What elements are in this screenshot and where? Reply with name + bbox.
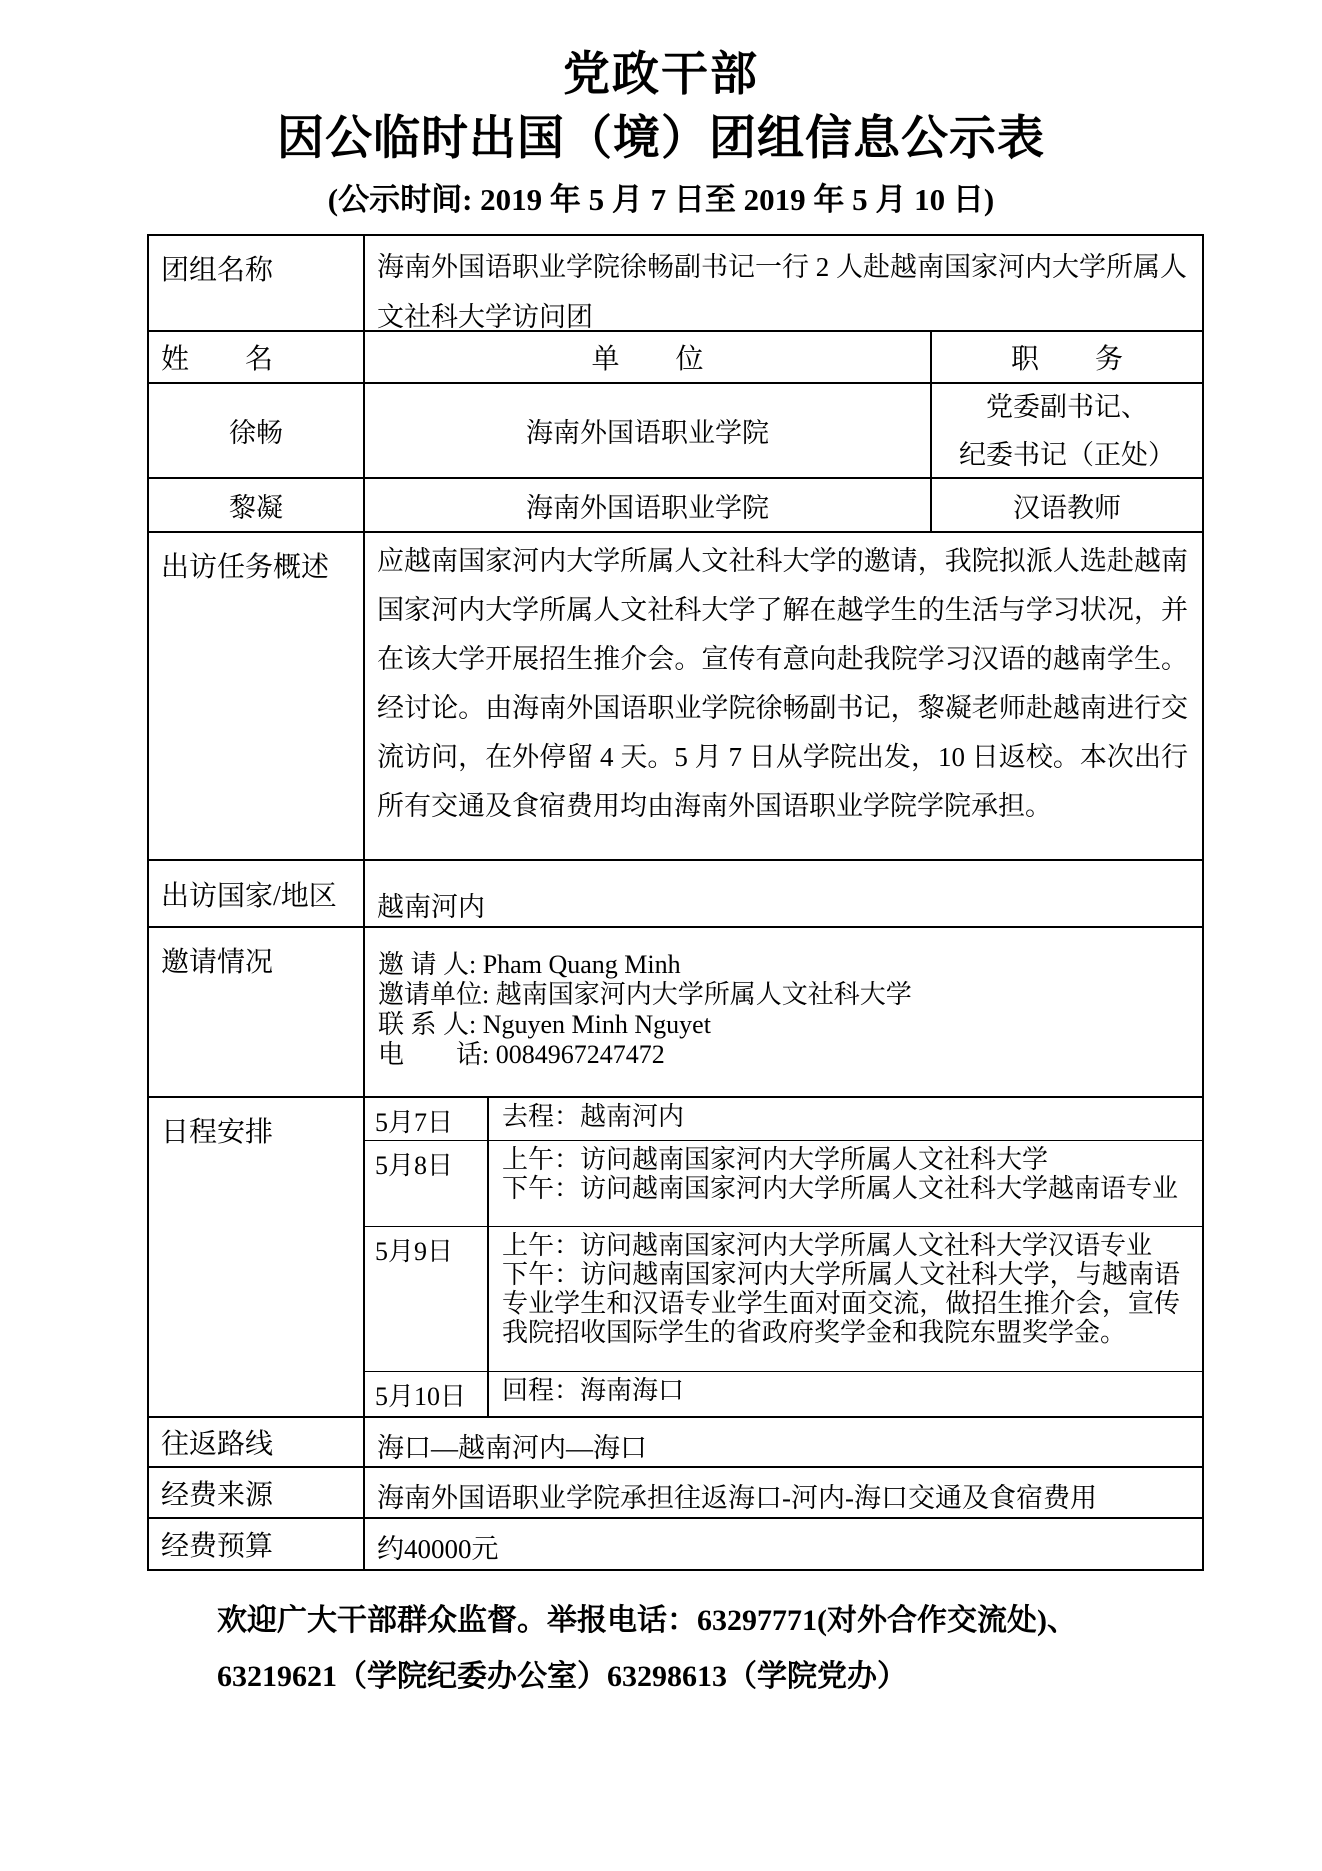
itinerary-day-3: 5月9日 上午：访问越南国家河内大学所属人文社科大学汉语专业 下午：访问越南国家… (365, 1226, 1202, 1371)
invitation-inviter: 邀 请 人: Pham Quang Minh (378, 950, 1202, 980)
itinerary-day-1: 5月7日 去程：越南河内 (365, 1098, 1202, 1140)
member-1-name: 徐畅 (149, 384, 365, 477)
row-budget: 经费预算 约40000元 (149, 1517, 1202, 1569)
budget-label: 经费预算 (149, 1519, 365, 1569)
row-route: 往返路线 海口—越南河内—海口 (149, 1416, 1202, 1466)
itinerary-day-2-date: 5月8日 (365, 1141, 489, 1226)
supervision-notice: 欢迎广大干部群众监督。举报电话：63297771(对外合作交流处)、 63219… (217, 1593, 1157, 1705)
invitation-details: 邀 请 人: Pham Quang Minh 邀请单位: 越南国家河内大学所属人… (365, 928, 1202, 1096)
budget-value: 约40000元 (365, 1519, 1202, 1569)
publicity-period: (公示时间: 2019 年 5 月 7 日至 2019 年 5 月 10 日) (0, 182, 1322, 218)
invitation-phone: 电 话: 0084967247472 (378, 1040, 1202, 1070)
members-header-position: 职 务 (930, 332, 1202, 382)
supervision-notice-line2: 63219621（学院纪委办公室）63298613（学院党办） (217, 1649, 1157, 1705)
row-itinerary: 日程安排 5月7日 去程：越南河内 5月8日 上午：访问越南国家河内大学所属人文… (149, 1096, 1202, 1416)
row-members-header: 姓 名 单 位 职 务 (149, 330, 1202, 382)
itinerary-day-2: 5月8日 上午：访问越南国家河内大学所属人文社科大学 下午：访问越南国家河内大学… (365, 1140, 1202, 1226)
supervision-notice-line1: 欢迎广大干部群众监督。举报电话：63297771(对外合作交流处)、 (217, 1593, 1157, 1649)
row-group-name: 团组名称 海南外国语职业学院徐畅副书记一行 2 人赴越南国家河内大学所属人文社科… (149, 236, 1202, 330)
invitation-unit: 邀请单位: 越南国家河内大学所属人文社科大学 (378, 980, 1202, 1010)
invitation-label: 邀请情况 (149, 928, 365, 1096)
row-invitation: 邀请情况 邀 请 人: Pham Quang Minh 邀请单位: 越南国家河内… (149, 926, 1202, 1096)
destination-value: 越南河内 (365, 861, 1202, 926)
document-title-line2: 因公临时出国（境）团组信息公示表 (0, 106, 1322, 172)
itinerary-day-3-date: 5月9日 (365, 1227, 489, 1371)
member-1-unit: 海南外国语职业学院 (365, 384, 930, 477)
table-row-member-2: 黎凝 海南外国语职业学院 汉语教师 (149, 477, 1202, 531)
row-funding-source: 经费来源 海南外国语职业学院承担往返海口-河内-海口交通及食宿费用 (149, 1466, 1202, 1517)
members-header-unit: 单 位 (365, 332, 930, 382)
itinerary-day-1-date: 5月7日 (365, 1098, 489, 1140)
itinerary-day-1-content: 去程：越南河内 (489, 1098, 1202, 1140)
invitation-contact: 联 系 人: Nguyen Minh Nguyet (378, 1010, 1202, 1040)
mission-summary-text: 应越南国家河内大学所属人文社科大学的邀请，我院拟派人选赴越南国家河内大学所属人文… (365, 533, 1202, 859)
member-2-position: 汉语教师 (930, 479, 1202, 531)
row-destination: 出访国家/地区 越南河内 (149, 859, 1202, 926)
itinerary-schedule: 5月7日 去程：越南河内 5月8日 上午：访问越南国家河内大学所属人文社科大学 … (365, 1098, 1202, 1416)
destination-label: 出访国家/地区 (149, 861, 365, 926)
member-2-name: 黎凝 (149, 479, 365, 531)
member-2-unit: 海南外国语职业学院 (365, 479, 930, 531)
itinerary-label: 日程安排 (149, 1098, 365, 1416)
group-name-value: 海南外国语职业学院徐畅副书记一行 2 人赴越南国家河内大学所属人文社科大学访问团 (365, 236, 1202, 330)
itinerary-day-4-date: 5月10日 (365, 1372, 489, 1416)
route-value: 海口—越南河内—海口 (365, 1418, 1202, 1466)
mission-summary-label: 出访任务概述 (149, 533, 365, 859)
funding-source-label: 经费来源 (149, 1468, 365, 1517)
itinerary-day-4-content: 回程：海南海口 (489, 1372, 1202, 1416)
itinerary-day-2-content: 上午：访问越南国家河内大学所属人文社科大学 下午：访问越南国家河内大学所属人文社… (489, 1141, 1202, 1226)
members-header-name: 姓 名 (149, 332, 365, 382)
table-row-member-1: 徐畅 海南外国语职业学院 党委副书记、 纪委书记（正处） (149, 382, 1202, 477)
row-mission-summary: 出访任务概述 应越南国家河内大学所属人文社科大学的邀请，我院拟派人选赴越南国家河… (149, 531, 1202, 859)
group-name-label: 团组名称 (149, 236, 365, 330)
publicity-table: 团组名称 海南外国语职业学院徐畅副书记一行 2 人赴越南国家河内大学所属人文社科… (147, 234, 1204, 1571)
funding-source-value: 海南外国语职业学院承担往返海口-河内-海口交通及食宿费用 (365, 1468, 1202, 1517)
itinerary-day-3-content: 上午：访问越南国家河内大学所属人文社科大学汉语专业 下午：访问越南国家河内大学所… (489, 1227, 1202, 1371)
publicity-form-document: 党政干部 因公临时出国（境）团组信息公示表 (公示时间: 2019 年 5 月 … (0, 0, 1322, 1871)
route-label: 往返路线 (149, 1418, 365, 1466)
itinerary-day-4: 5月10日 回程：海南海口 (365, 1371, 1202, 1416)
member-1-position: 党委副书记、 纪委书记（正处） (930, 384, 1202, 477)
document-title-line1: 党政干部 (0, 0, 1322, 106)
